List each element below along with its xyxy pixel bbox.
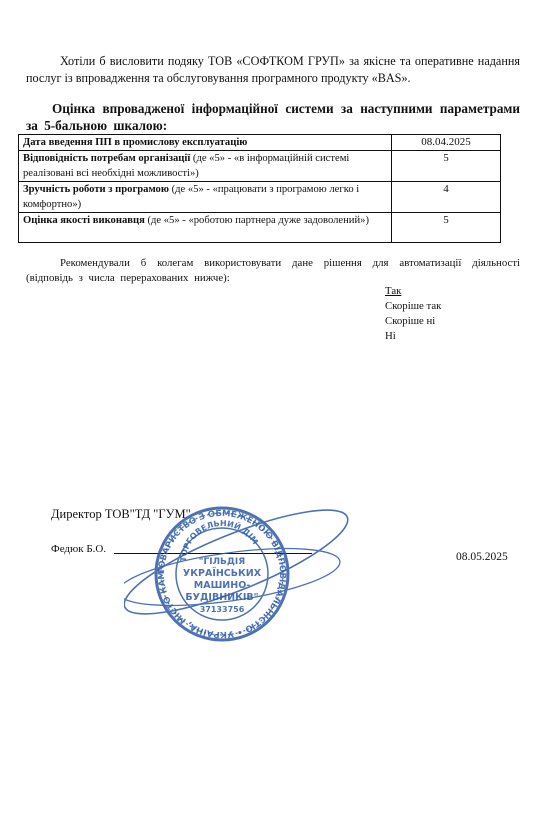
evaluation-heading: Оцінка впровадженої інформаційної систем…: [26, 100, 520, 134]
row-label-note: (де «5» - «роботою партнера дуже задовол…: [145, 215, 369, 226]
row-label: Дата введення ПП в промислову експлуатац…: [19, 135, 392, 151]
row-label: Оцінка якості виконавця (де «5» - «робот…: [19, 213, 392, 243]
recommendation-text: Рекомендували б колегам використовувати …: [26, 257, 520, 284]
svg-text:"ГІЛЬДІЯ: "ГІЛЬДІЯ: [199, 557, 245, 567]
gratitude-text: Хотіли б висловити подяку ТОВ «СОФТКОМ Г…: [26, 54, 520, 85]
svg-text:УКРАЇНСЬКИХ: УКРАЇНСЬКИХ: [183, 568, 262, 579]
signatory-name: Федюк Б.О.: [51, 543, 106, 555]
option-no: Ні: [385, 329, 441, 344]
stamp-seal-icon: ТОВАРИСТВО З ОБМЕЖЕНОЮ ВІДПОВІДАЛЬНІСТЮ …: [124, 492, 364, 652]
row-label-bold: Відповідність потребам організації: [23, 153, 190, 164]
table-row: Зручність роботи з програмою (де «5» - «…: [19, 182, 501, 213]
row-value: 5: [392, 213, 501, 243]
row-value: 4: [392, 182, 501, 213]
gratitude-paragraph: Хотіли б висловити подяку ТОВ «СОФТКОМ Г…: [26, 53, 520, 87]
option-rather-yes: Скоріше так: [385, 299, 441, 314]
evaluation-table: Дата введення ПП в промислову експлуатац…: [18, 134, 501, 243]
table-row: Дата введення ПП в промислову експлуатац…: [19, 135, 501, 151]
row-value: 08.04.2025: [392, 135, 501, 151]
table-row: Оцінка якості виконавця (де «5» - «робот…: [19, 213, 501, 243]
evaluation-heading-text: Оцінка впровадженої інформаційної систем…: [26, 101, 520, 133]
row-label-bold: Зручність роботи з програмою: [23, 184, 169, 195]
table-row: Відповідність потребам організації (де «…: [19, 151, 501, 182]
svg-text:МАШИНО-: МАШИНО-: [194, 580, 251, 591]
row-value: 5: [392, 151, 501, 182]
signature-date: 08.05.2025: [456, 551, 508, 563]
option-yes: Так: [385, 284, 441, 299]
svg-text:БУДІВНИКІВ": БУДІВНИКІВ": [185, 592, 258, 603]
recommendation-paragraph: Рекомендували б колегам використовувати …: [26, 256, 520, 286]
recommendation-options: Так Скоріше так Скоріше ні Ні: [385, 284, 441, 344]
row-label-bold: Оцінка якості виконавця: [23, 215, 145, 226]
company-stamp: ТОВАРИСТВО З ОБМЕЖЕНОЮ ВІДПОВІДАЛЬНІСТЮ …: [124, 492, 364, 652]
row-label: Зручність роботи з програмою (де «5» - «…: [19, 182, 392, 213]
svg-text:37133756: 37133756: [200, 605, 245, 614]
row-label: Відповідність потребам організації (де «…: [19, 151, 392, 182]
row-label-bold: Дата введення ПП в промислову експлуатац…: [23, 137, 247, 148]
option-rather-no: Скоріше ні: [385, 314, 441, 329]
